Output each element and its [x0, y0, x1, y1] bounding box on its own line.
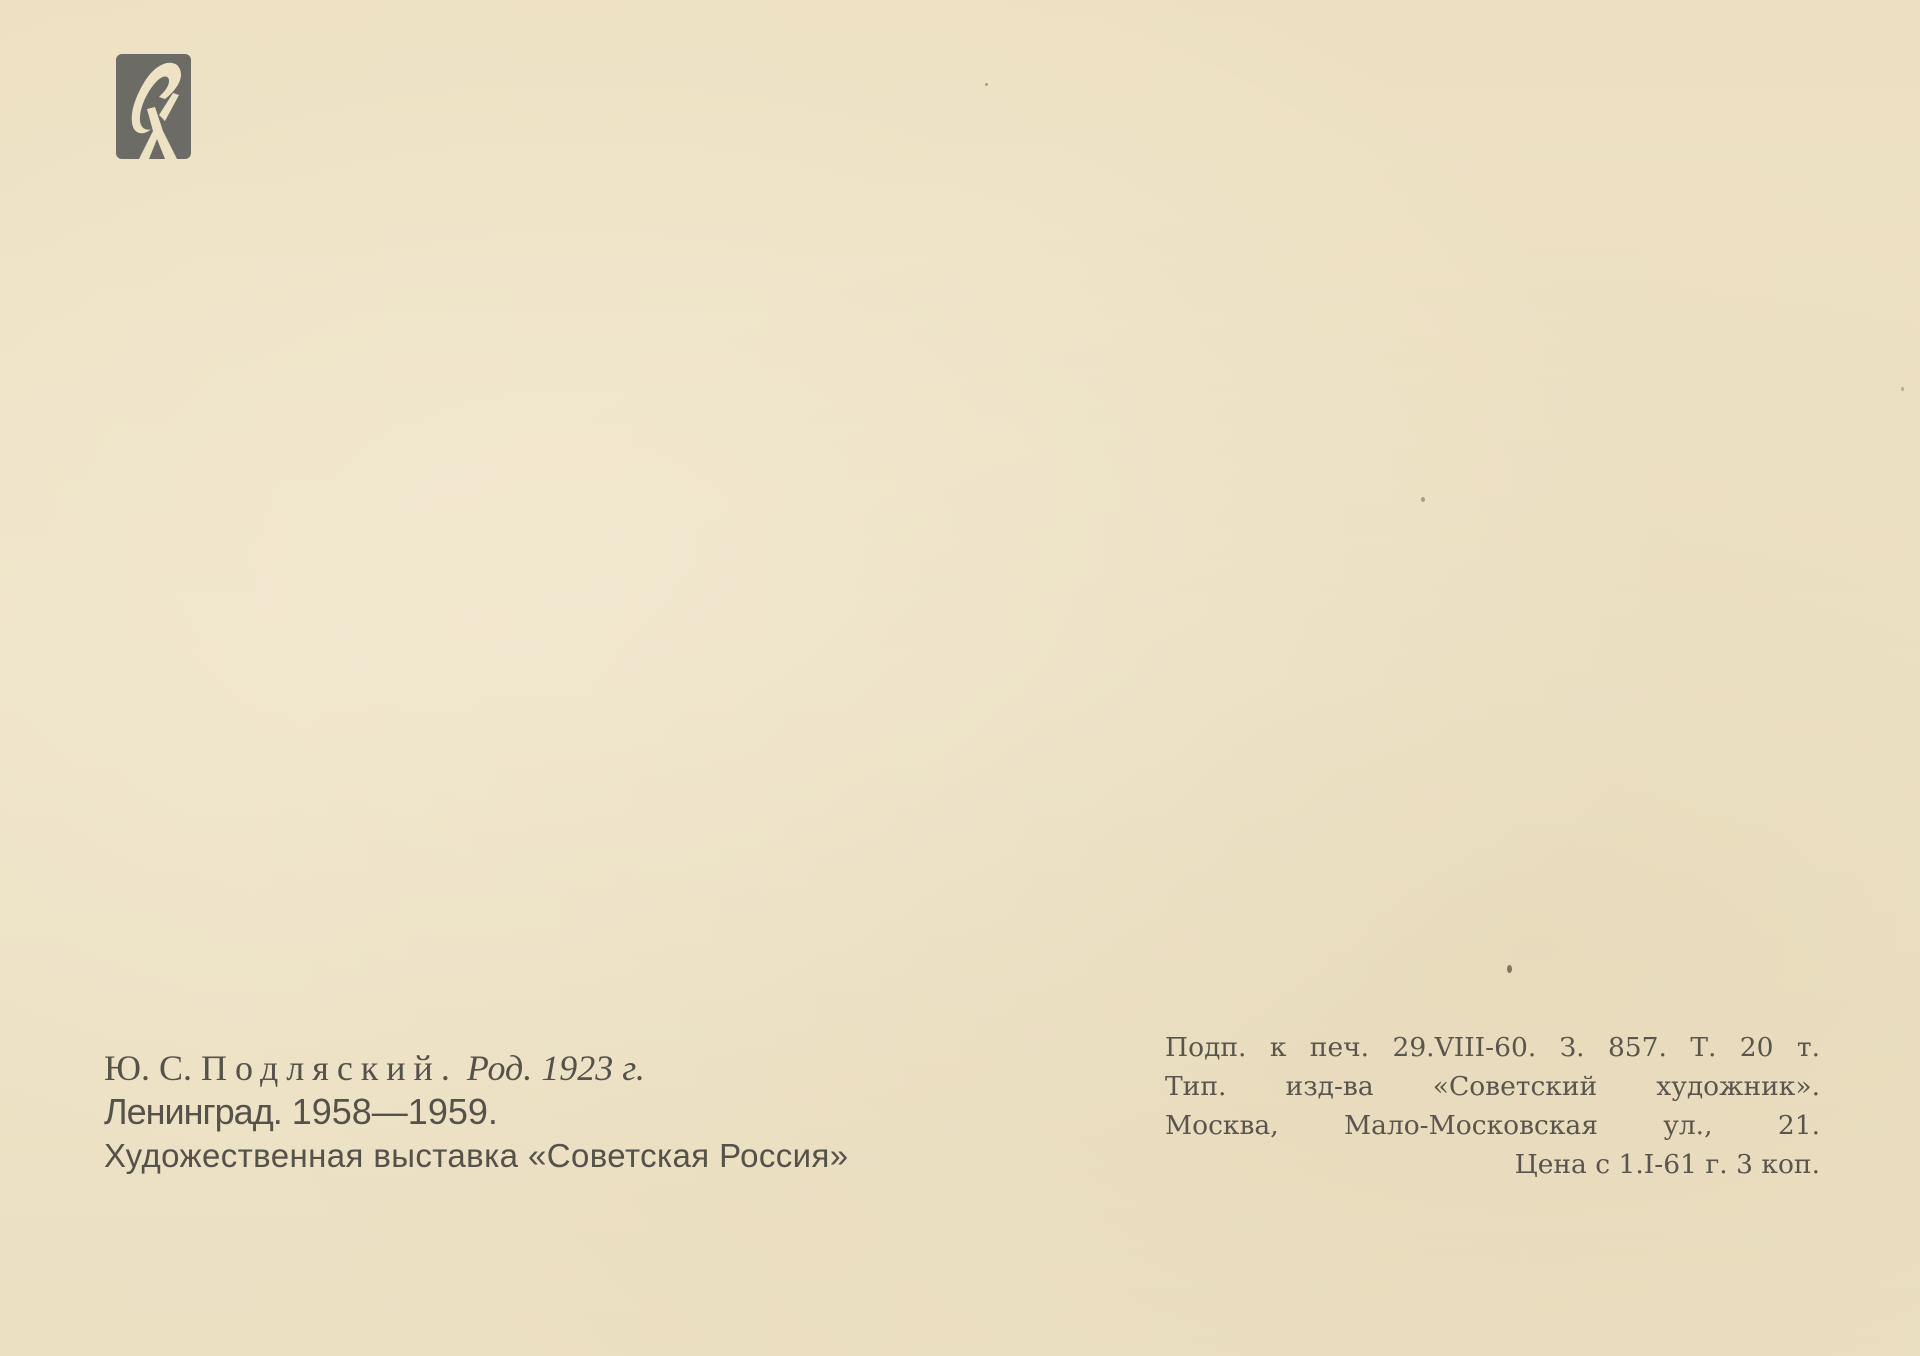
paper-speck [1901, 387, 1904, 391]
caption-exhibition-line: Художественная выставка «Советская Росси… [104, 1134, 849, 1178]
imprint-line-2: Тип. изд-ва «Советский художник». [1165, 1067, 1820, 1106]
sovetsky-khudozhnik-monogram-icon [115, 53, 192, 160]
years: 1958—1959. [292, 1091, 498, 1132]
imprint-line-3: Москва, Мало-Московская ул., 21. [1165, 1106, 1820, 1145]
caption-author-line: Ю. С. Подляский. Род. 1923 г. [104, 1046, 849, 1090]
caption-place-years-line: Ленинград. 1958—1959. [104, 1090, 849, 1134]
author-initials: Ю. С. [104, 1048, 192, 1088]
artwork-caption: Ю. С. Подляский. Род. 1923 г. Ленинград.… [104, 1046, 849, 1178]
imprint-line-1: Подп. к печ. 29.VIII-60. З. 857. Т. 20 т… [1165, 1028, 1820, 1067]
author-surname: Подляский. [201, 1048, 458, 1088]
paper-speck [985, 83, 988, 86]
place: Ленинград. [104, 1091, 282, 1132]
paper-speck [1507, 965, 1512, 973]
author-birth-year: Род. 1923 г. [467, 1048, 645, 1088]
publisher-logo [115, 53, 192, 160]
imprint-price-line: Цена с 1.I-61 г. 3 коп. [1165, 1145, 1820, 1184]
print-imprint: Подп. к печ. 29.VIII-60. З. 857. Т. 20 т… [1165, 1028, 1820, 1184]
paper-speck [1421, 497, 1425, 502]
